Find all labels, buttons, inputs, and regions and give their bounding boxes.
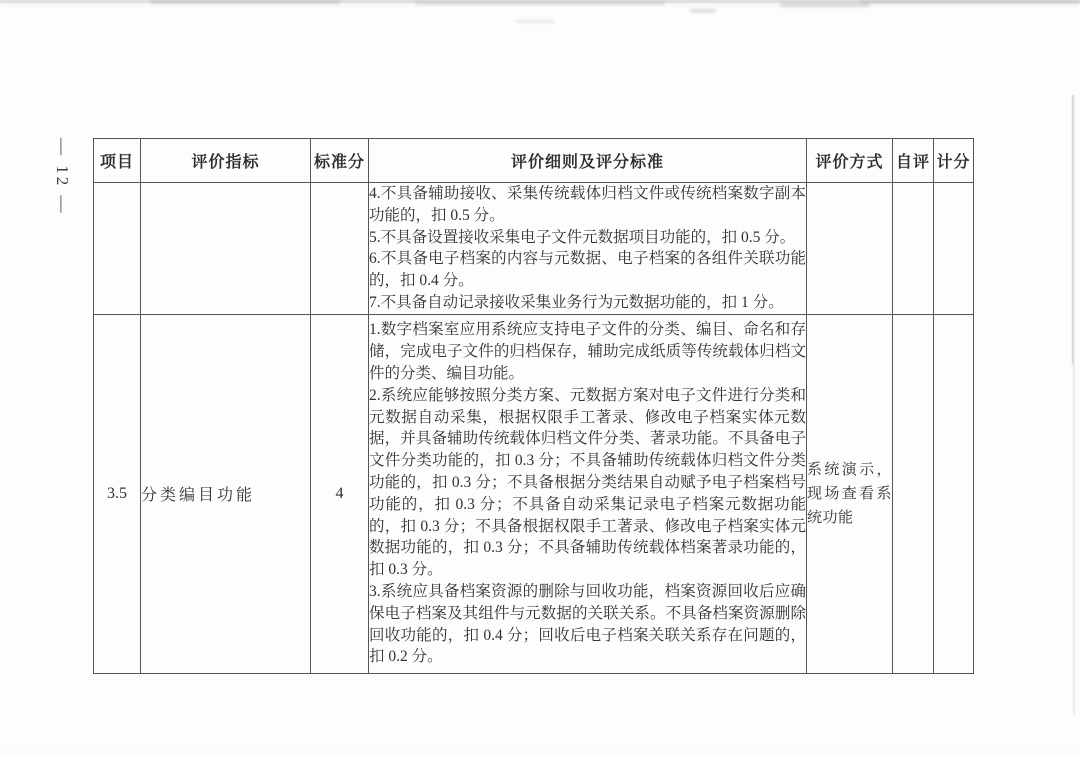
criteria-paragraph: 1.数字档案室应用系统应支持电子文件的分类、编目、命名和存储，完成电子文件的归档… bbox=[369, 319, 806, 384]
criteria-paragraph: 5.不具备设置接收采集电子文件元数据项目功能的，扣 0.5 分。 bbox=[369, 227, 806, 249]
criteria-paragraph: 7.不具备自动记录接收采集业务行为元数据功能的，扣 1 分。 bbox=[369, 292, 806, 314]
cell-item-no: 3.5 bbox=[94, 314, 141, 673]
evaluation-criteria-table: 项目 评价指标 标准分 评价细则及评分标准 评价方式 自评 计分 4.不具备辅助… bbox=[93, 138, 974, 674]
cell-criteria: 1.数字档案室应用系统应支持电子文件的分类、编目、命名和存储，完成电子文件的归档… bbox=[369, 314, 807, 673]
col-header-method: 评价方式 bbox=[807, 139, 893, 183]
cell-score bbox=[934, 314, 974, 673]
criteria-paragraph: 6.不具备电子档案的内容与元数据、电子档案的各组件关联功能的，扣 0.4 分。 bbox=[369, 248, 806, 292]
scan-smudge bbox=[690, 9, 716, 13]
criteria-paragraph: 3.系统应具备档案资源的删除与回收功能，档案资源回收后应确保电子档案及其组件与元… bbox=[369, 581, 806, 668]
criteria-paragraph: 2.系统应能够按照分类方案、元数据方案对电子文件进行分类和元数据自动采集，根据权… bbox=[369, 385, 806, 581]
cell-self-eval bbox=[893, 183, 934, 315]
table-row-3-5: 3.5 分类编目功能 4 1.数字档案室应用系统应支持电子文件的分类、编目、命名… bbox=[94, 314, 974, 673]
cell-item-no bbox=[94, 183, 141, 315]
col-header-standard-score: 标准分 bbox=[311, 139, 369, 183]
cell-standard-score bbox=[311, 183, 369, 315]
scanned-document-page: — 12 — 项目 评价指标 标准分 评价细则及评分标准 评价方式 自评 计分 bbox=[0, 0, 1080, 757]
scan-smudge bbox=[780, 2, 870, 7]
cell-indicator: 分类编目功能 bbox=[141, 314, 311, 673]
cell-score bbox=[934, 183, 974, 315]
scan-edge-artifact bbox=[1072, 95, 1074, 365]
table-header-row: 项目 评价指标 标准分 评价细则及评分标准 评价方式 自评 计分 bbox=[94, 139, 974, 183]
cell-method bbox=[807, 183, 893, 315]
cell-standard-score: 4 bbox=[311, 314, 369, 673]
col-header-indicator: 评价指标 bbox=[141, 139, 311, 183]
scan-smudge bbox=[515, 20, 555, 23]
cell-criteria: 4.不具备辅助接收、采集传统载体归档文件或传统档案数字副本功能的，扣 0.5 分… bbox=[369, 183, 807, 315]
scan-smudge bbox=[415, 1, 665, 5]
col-header-item: 项目 bbox=[94, 139, 141, 183]
criteria-paragraph: 4.不具备辅助接收、采集传统载体归档文件或传统档案数字副本功能的，扣 0.5 分… bbox=[369, 183, 806, 227]
col-header-criteria: 评价细则及评分标准 bbox=[369, 139, 807, 183]
scan-edge-artifact bbox=[1073, 365, 1075, 715]
cell-self-eval bbox=[893, 314, 934, 673]
cell-method: 系统演示，现场查看系统功能 bbox=[807, 314, 893, 673]
col-header-self-eval: 自评 bbox=[893, 139, 934, 183]
page-number: — 12 — bbox=[52, 138, 72, 216]
cell-indicator bbox=[141, 183, 311, 315]
scan-smudge bbox=[150, 0, 340, 4]
table-row-continuation: 4.不具备辅助接收、采集传统载体归档文件或传统档案数字副本功能的，扣 0.5 分… bbox=[94, 183, 974, 315]
col-header-score: 计分 bbox=[934, 139, 974, 183]
scan-smudge bbox=[860, 0, 1080, 4]
